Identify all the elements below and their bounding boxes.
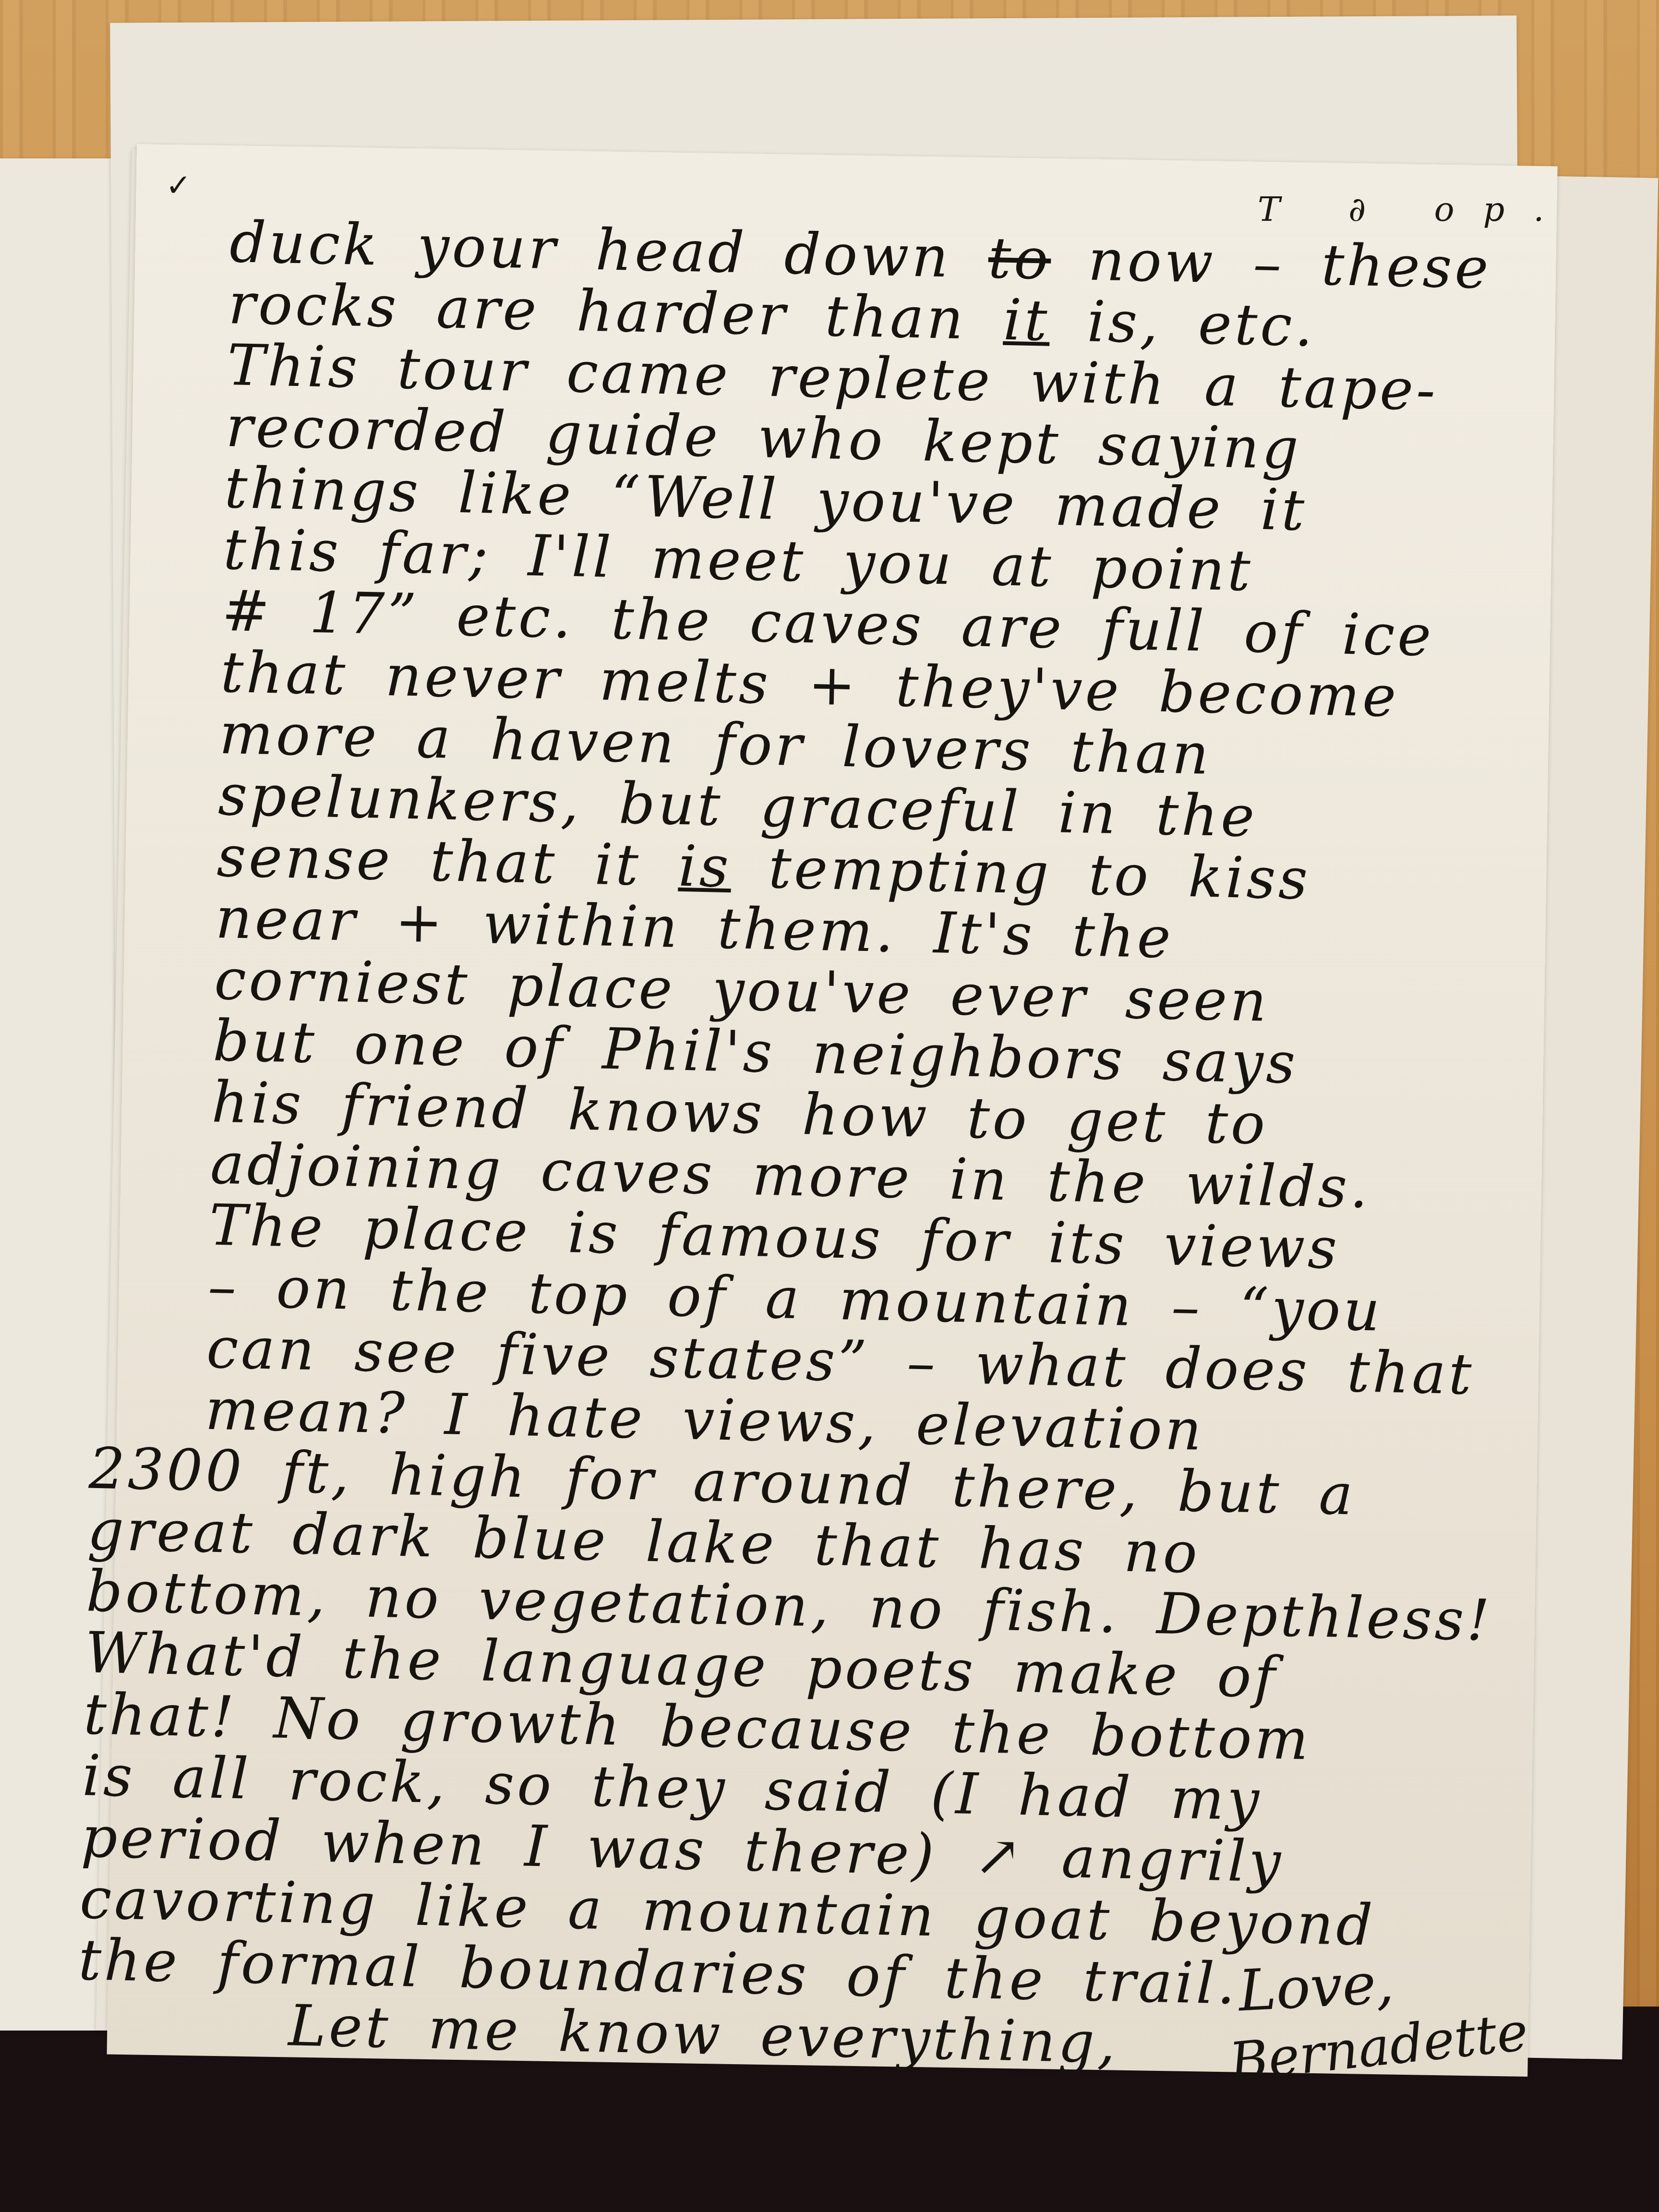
letter-body: duck your head down to now – these rocks…	[192, 211, 1575, 2082]
page-annotation: T ∂ op.	[1258, 190, 1573, 229]
closing: Love,	[1237, 1950, 1395, 2024]
underlined-word: it	[1003, 287, 1051, 354]
underlined-word: is	[678, 833, 732, 900]
struck-word: to	[987, 225, 1051, 292]
check-mark-icon: ✓	[166, 168, 192, 204]
